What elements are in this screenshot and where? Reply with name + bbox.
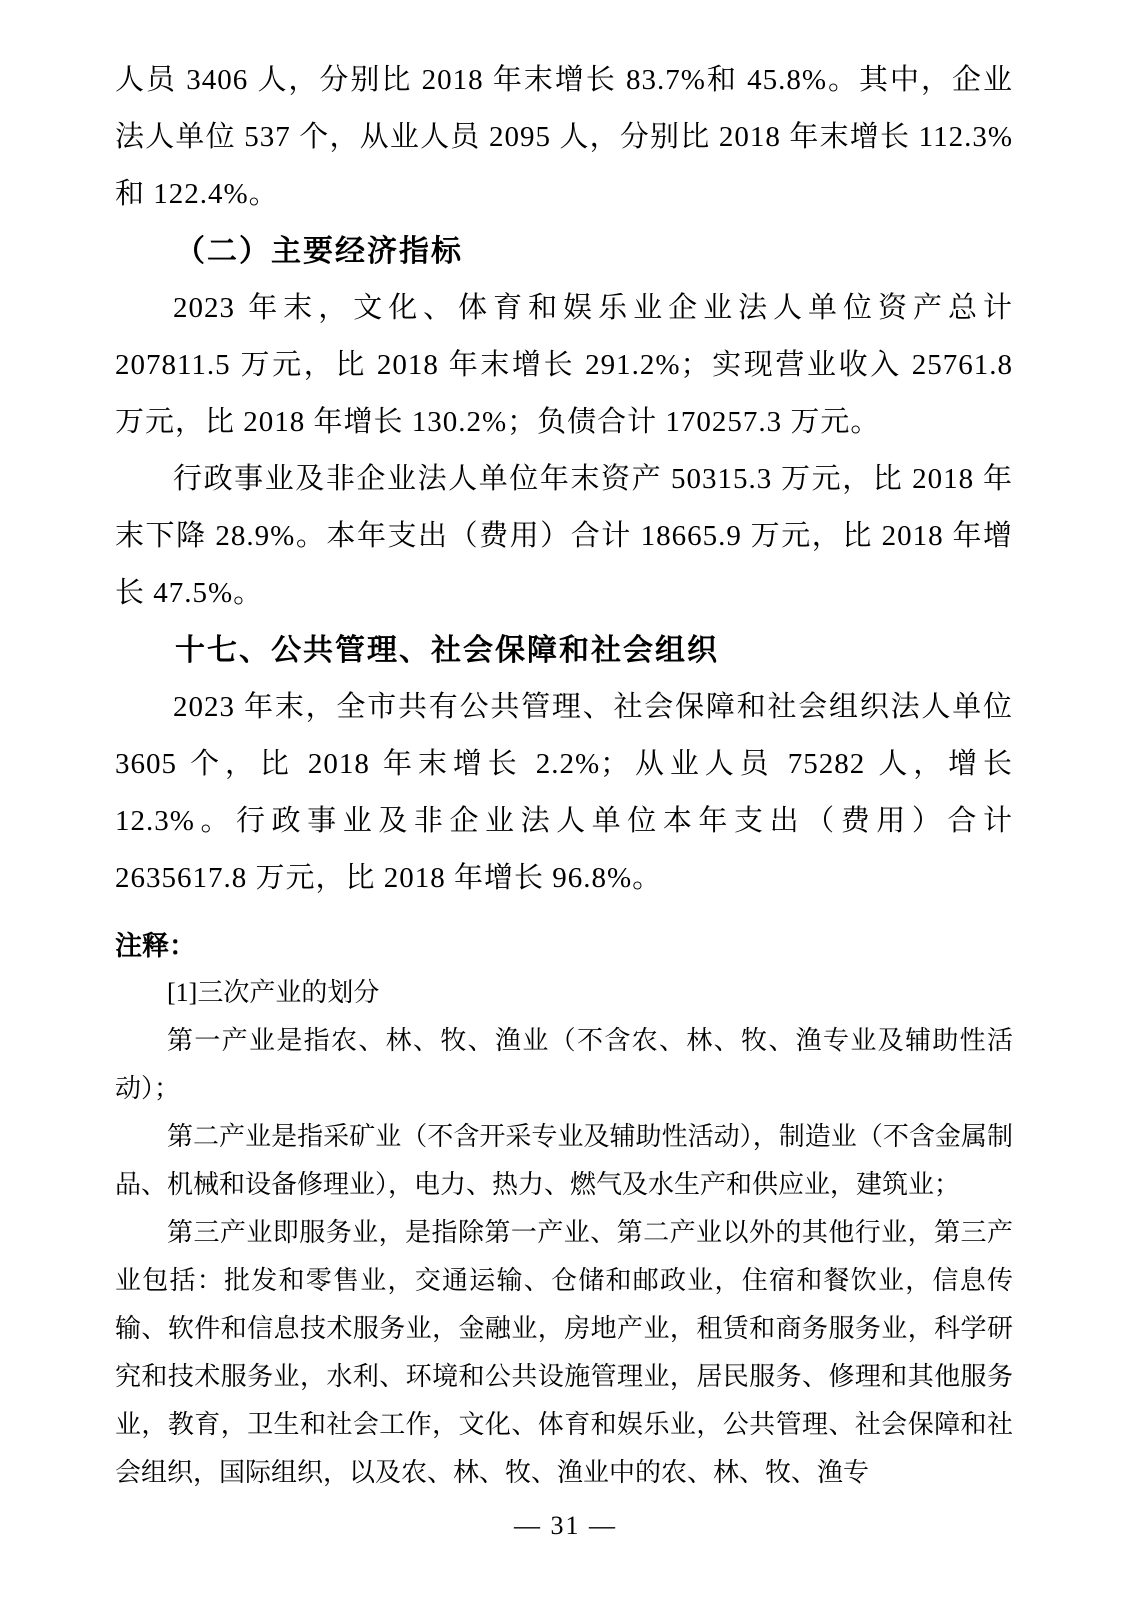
paragraph-public-management-units: 2023 年末，全市共有公共管理、社会保障和社会组织法人单位 3605 个，比 … — [115, 679, 1013, 907]
document-page: 人员 3406 人，分别比 2018 年末增长 83.7%和 45.8%。其中，… — [0, 0, 1131, 1600]
paragraph-culture-sports-entertainment-assets: 2023 年末，文化、体育和娱乐业企业法人单位资产总计 207811.5 万元，… — [115, 280, 1013, 451]
note-primary-industry-definition: 第一产业是指农、林、牧、渔业（不含农、林、牧、渔专业及辅助性活动）； — [115, 1017, 1013, 1113]
notes-section-heading: 注释： — [115, 923, 1013, 969]
heading-public-management-social-security: 十七、公共管理、社会保障和社会组织 — [115, 622, 1013, 679]
heading-main-economic-indicators: （二）主要经济指标 — [115, 223, 1013, 280]
page-number: — 31 — — [0, 1510, 1131, 1542]
note-tertiary-industry-definition: 第三产业即服务业，是指除第一产业、第二产业以外的其他行业，第三产业包括：批发和零… — [115, 1209, 1013, 1497]
paragraph-admin-noncorporate-assets: 行政事业及非企业法人单位年末资产 50315.3 万元，比 2018 年末下降 … — [115, 451, 1013, 622]
paragraph-units-personnel-growth: 人员 3406 人，分别比 2018 年末增长 83.7%和 45.8%。其中，… — [115, 52, 1013, 223]
note-secondary-industry-definition: 第二产业是指采矿业（不含开采专业及辅助性活动），制造业（不含金属制品、机械和设备… — [115, 1113, 1013, 1209]
note-industry-division-title: [1]三次产业的划分 — [115, 969, 1013, 1017]
